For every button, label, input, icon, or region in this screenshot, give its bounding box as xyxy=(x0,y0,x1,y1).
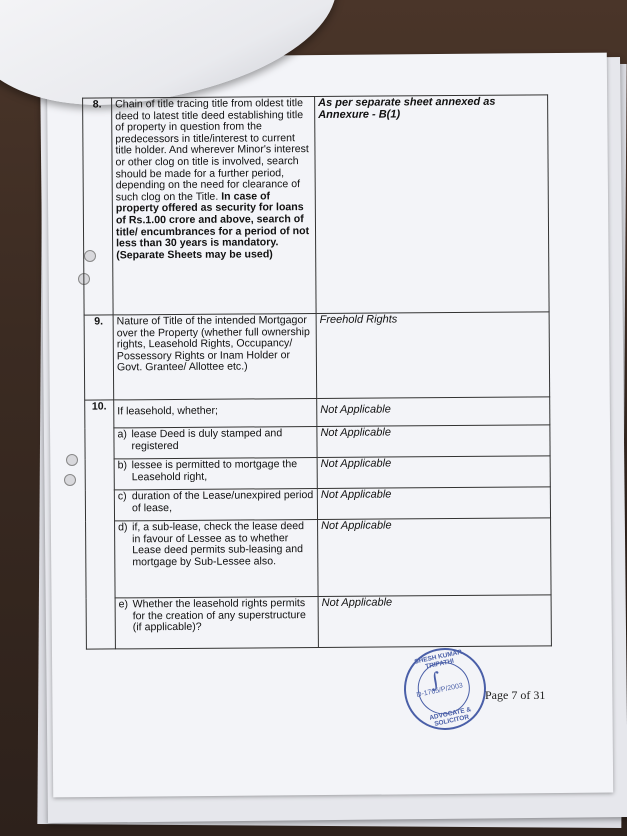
sub-question: a)lease Deed is duly stamped and registe… xyxy=(114,427,317,459)
punch-hole xyxy=(64,474,76,486)
sub-row: e)Whether the leasehold rights permits f… xyxy=(86,595,551,649)
sub-row: a)lease Deed is duly stamped and registe… xyxy=(85,425,550,459)
title-report-table: 8. Chain of title tracing title from old… xyxy=(82,94,552,649)
sub-question: d)if, a sub-lease, check the lease deed … xyxy=(115,519,319,597)
sub-row: b)lessee is permitted to mortgage the Le… xyxy=(85,456,550,490)
table-row: 9. Nature of Title of the intended Mortg… xyxy=(84,312,550,400)
row-answer: Not Applicable xyxy=(317,397,550,427)
sub-row: d)if, a sub-lease, check the lease deed … xyxy=(86,518,552,598)
sub-question: e)Whether the leasehold rights permits f… xyxy=(115,596,318,648)
row-question: Nature of Title of the intended Mortgago… xyxy=(113,314,317,400)
row-question: Chain of title tracing title from oldest… xyxy=(112,97,317,315)
row-answer: Freehold Rights xyxy=(316,312,550,399)
sub-row: c)duration of the Lease/unexpired period… xyxy=(85,487,550,521)
sub-answer: Not Applicable xyxy=(317,456,550,489)
sub-answer: Not Applicable xyxy=(318,518,552,597)
row-number: 10. xyxy=(85,400,116,649)
page-number: Page 7 of 31 xyxy=(485,688,545,703)
sub-answer: Not Applicable xyxy=(318,595,551,648)
row-number: 8. xyxy=(83,98,114,315)
row-answer: As per separate sheet annexed as Annexur… xyxy=(315,95,550,314)
sub-answer: Not Applicable xyxy=(317,425,550,458)
row-question: If leasehold, whether; xyxy=(114,399,317,428)
table-row: 10. If leasehold, whether; Not Applicabl… xyxy=(85,397,550,428)
table-row: 8. Chain of title tracing title from old… xyxy=(83,95,550,315)
sub-question: c)duration of the Lease/unexpired period… xyxy=(114,489,317,521)
sub-answer: Not Applicable xyxy=(317,487,550,520)
row-number: 9. xyxy=(84,315,114,400)
sub-question: b)lessee is permitted to mortgage the Le… xyxy=(114,458,317,490)
punch-hole xyxy=(66,454,78,466)
